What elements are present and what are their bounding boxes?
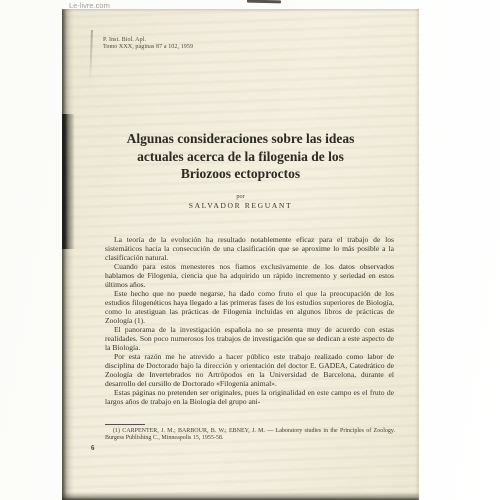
page-gutter-shadow bbox=[62, 9, 74, 500]
byline-prefix: por bbox=[90, 193, 391, 200]
journal-header: P. Inst. Biol. Apl. Tomo XXX, páginas 87… bbox=[103, 37, 193, 51]
footnote-rule bbox=[105, 424, 145, 425]
paragraph: Estas páginas no pretenden ser originale… bbox=[105, 388, 394, 406]
title-line: actuales acerca de la filogenia de los bbox=[90, 148, 391, 166]
page-top-edge bbox=[62, 9, 419, 12]
paragraph: Este hecho que no puede negarse, ha dado… bbox=[105, 289, 394, 325]
paragraph: El panorama de la investigación española… bbox=[105, 325, 394, 352]
paper-crease bbox=[89, 30, 93, 84]
article-body: La teoría de la evolución ha resultado n… bbox=[105, 235, 394, 406]
paragraph: La teoría de la evolución ha resultado n… bbox=[105, 235, 394, 262]
paragraph: Por esta razón me he atrevido a hacer pú… bbox=[105, 352, 394, 388]
paragraph: Cuando para estos menesteres nos fiamos … bbox=[105, 262, 394, 289]
article-title: Algunas consideraciones sobre las ideas … bbox=[90, 130, 391, 183]
page-right-edge bbox=[415, 9, 419, 500]
paper-page: P. Inst. Biol. Apl. Tomo XXX, páginas 87… bbox=[62, 9, 419, 500]
footnote-citation: (1) CARPENTER, J. M.; BARBOUR, B. W.; EB… bbox=[105, 428, 395, 442]
author-name: SALVADOR REGUANT bbox=[90, 201, 391, 210]
page-gutter-shadow-dark bbox=[62, 114, 76, 249]
scanned-journal-page-photo: Le-livre.com P. Inst. Biol. Apl. Tomo XX… bbox=[0, 0, 500, 500]
page-bottom-edge bbox=[62, 492, 419, 500]
journal-abbrev: P. Inst. Biol. Apl. bbox=[103, 37, 193, 44]
volume-pages-year: Tomo XXX, páginas 87 a 102, 1959 bbox=[103, 44, 193, 51]
title-line: Algunas consideraciones sobre las ideas bbox=[90, 130, 391, 148]
title-line: Briozoos ectoproctos bbox=[90, 165, 391, 183]
scan-artifact-top-mark bbox=[247, 0, 281, 3]
page-number: 6 bbox=[91, 445, 94, 452]
